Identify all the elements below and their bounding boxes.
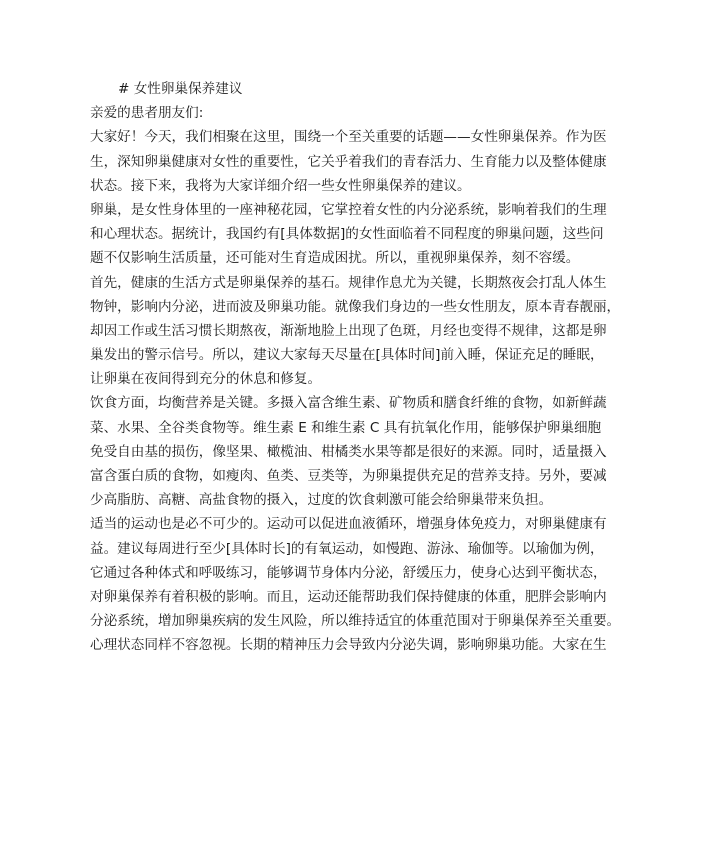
document-heading: # 女性卵巢保养建议 bbox=[90, 77, 708, 101]
text-line: 菜、水果、全谷类食物等。维生素 E 和维生素 C 具有抗氧化作用，能够保护卵巢细… bbox=[90, 416, 708, 440]
text-line: 却因工作或生活习惯长期熬夜，渐渐地脸上出现了色斑，月经也变得不规律，这都是卵 bbox=[90, 319, 708, 343]
text-line: 大家好！今天，我们相聚在这里，围绕一个至关重要的话题——女性卵巢保养。作为医 bbox=[90, 125, 708, 149]
text-line: 状态。接下来，我将为大家详细介绍一些女性卵巢保养的建议。 bbox=[90, 174, 708, 198]
text-line: 对卵巢保养有着积极的影响。而且，运动还能帮助我们保持健康的体重，肥胖会影响内 bbox=[90, 585, 708, 609]
text-line: 让卵巢在夜间得到充分的休息和修复。 bbox=[90, 367, 708, 391]
text-line: 免受自由基的损伤，像坚果、橄榄油、柑橘类水果等都是很好的来源。同时，适量摄入 bbox=[90, 440, 708, 464]
text-line: 分泌系统，增加卵巢疾病的发生风险，所以维持适宜的体重范围对于卵巢保养至关重要。 bbox=[90, 609, 708, 633]
text-line: 物钟，影响内分泌，进而波及卵巢功能。就像我们身边的一些女性朋友，原本青春靓丽， bbox=[90, 295, 708, 319]
text-line: 和心理状态。据统计，我国约有[具体数据]的女性面临着不同程度的卵巢问题，这些问 bbox=[90, 222, 708, 246]
text-line: 心理状态同样不容忽视。长期的精神压力会导致内分泌失调，影响卵巢功能。大家在生 bbox=[90, 633, 708, 657]
text-line: 适当的运动也是必不可少的。运动可以促进血液循环，增强身体免疫力，对卵巢健康有 bbox=[90, 512, 708, 536]
text-line: 题不仅影响生活质量，还可能对生育造成困扰。所以，重视卵巢保养，刻不容缓。 bbox=[90, 246, 708, 270]
text-line: 益。建议每周进行至少[具体时长]的有氧运动，如慢跑、游泳、瑜伽等。以瑜伽为例， bbox=[90, 537, 708, 561]
text-line: 它通过各种体式和呼吸练习，能够调节身体内分泌，舒缓压力，使身心达到平衡状态， bbox=[90, 561, 708, 585]
text-line: 富含蛋白质的食物，如瘦肉、鱼类、豆类等，为卵巢提供充足的营养支持。另外，要减 bbox=[90, 464, 708, 488]
text-line: 少高脂肪、高糖、高盐食物的摄入，过度的饮食刺激可能会给卵巢带来负担。 bbox=[90, 488, 708, 512]
text-line: 卵巢，是女性身体里的一座神秘花园，它掌控着女性的内分泌系统，影响着我们的生理 bbox=[90, 198, 708, 222]
text-line: 饮食方面，均衡营养是关键。多摄入富含维生素、矿物质和膳食纤维的食物，如新鲜蔬 bbox=[90, 391, 708, 415]
salutation: 亲爱的患者朋友们: bbox=[90, 101, 708, 125]
document-page: # 女性卵巢保养建议 亲爱的患者朋友们: 大家好！今天，我们相聚在这里，围绕一个… bbox=[90, 77, 708, 658]
text-line: 生，深知卵巢健康对女性的重要性，它关乎着我们的青春活力、生育能力以及整体健康 bbox=[90, 150, 708, 174]
text-line: 首先，健康的生活方式是卵巢保养的基石。规律作息尤为关键，长期熬夜会打乱人体生 bbox=[90, 271, 708, 295]
text-line: 巢发出的警示信号。所以，建议大家每天尽量在[具体时间]前入睡，保证充足的睡眠， bbox=[90, 343, 708, 367]
